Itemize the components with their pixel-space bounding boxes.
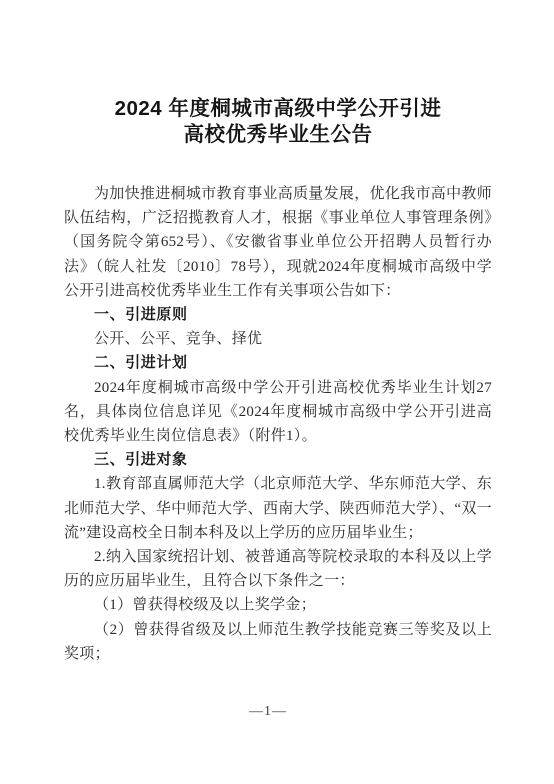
paragraph-intro: 为加快推进桐城市教育事业高质量发展，优化我市高中教师队伍结构，广泛招揽教育人才，… xyxy=(64,182,492,303)
document-page: 2024 年度桐城市高级中学公开引进 高校优秀毕业生公告 为加快推进桐城市教育事… xyxy=(0,0,554,784)
paragraph-condition-1: （1）曾获得校级及以上奖学金； xyxy=(64,593,492,617)
paragraph-plan: 2024年度桐城市高级中学公开引进高校优秀毕业生计划27名，具体岗位信息详见《2… xyxy=(64,376,492,449)
title-line-2: 高校优秀毕业生公告 xyxy=(64,122,492,148)
paragraph-target-2: 2.纳入国家统招计划、被普通高等院校录取的本科及以上学历的应历届毕业生，且符合以… xyxy=(64,545,492,593)
page-number: —1— xyxy=(0,704,536,720)
document-body: 为加快推进桐城市教育事业高质量发展，优化我市高中教师队伍结构，广泛招揽教育人才，… xyxy=(64,182,492,666)
paragraph-target-1: 1.教育部直属师范大学（北京师范大学、华东师范大学、东北师范大学、华中师范大学、… xyxy=(64,472,492,545)
section-heading-plan: 二、引进计划 xyxy=(64,351,492,375)
section-heading-targets: 三、引进对象 xyxy=(64,448,492,472)
paragraph-condition-2: （2）曾获得省级及以上师范生教学技能竞赛三等奖及以上奖项； xyxy=(64,618,492,666)
paragraph-principles: 公开、公平、竞争、择优 xyxy=(64,327,492,351)
section-heading-principles: 一、引进原则 xyxy=(64,303,492,327)
document-title: 2024 年度桐城市高级中学公开引进 高校优秀毕业生公告 xyxy=(64,96,492,148)
title-line-1: 2024 年度桐城市高级中学公开引进 xyxy=(64,96,492,122)
